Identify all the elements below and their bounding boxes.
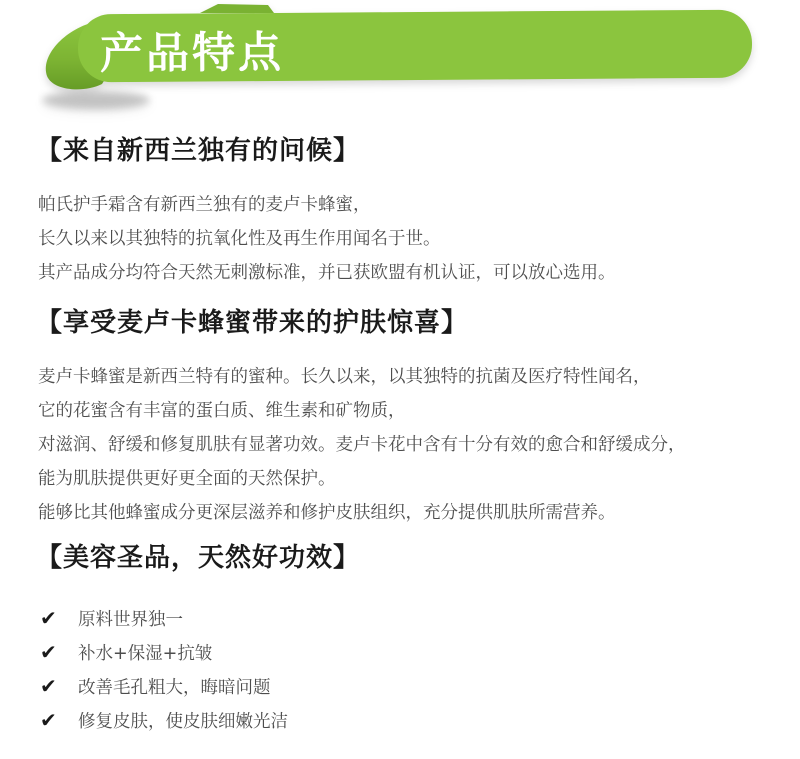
ribbon-fold-shadow (42, 91, 150, 109)
check-item-label: 原料世界独一 (78, 606, 183, 631)
check-icon: ✔ (40, 710, 64, 730)
paragraph-line: 能够比其他蜂蜜成分更深层滋养和修护皮肤组织，充分提供肌肤所需营养。 (38, 496, 686, 530)
paragraph-line: 帕氏护手霜含有新西兰独有的麦卢卡蜂蜜， (38, 188, 616, 222)
list-item: ✔ 补水+保湿+抗皱 (40, 635, 288, 669)
banner-title: 产品特点 (100, 28, 284, 79)
section-paragraph-manuka-honey: 麦卢卡蜂蜜是新西兰特有的蜜种。长久以来，以其独特的抗菌及医疗特性闻名， 它的花蜜… (38, 360, 686, 530)
list-item: ✔ 改善毛孔粗大，晦暗问题 (40, 669, 288, 703)
check-icon: ✔ (40, 642, 64, 662)
section-heading-new-zealand: 【来自新西兰独有的问候】 (36, 136, 360, 166)
section-paragraph-new-zealand: 帕氏护手霜含有新西兰独有的麦卢卡蜂蜜， 长久以来以其独特的抗氧化性及再生作用闻名… (38, 188, 616, 290)
feature-checklist: ✔ 原料世界独一 ✔ 补水+保湿+抗皱 ✔ 改善毛孔粗大，晦暗问题 ✔ 修复皮肤… (40, 601, 288, 737)
paragraph-line: 长久以来以其独特的抗氧化性及再生作用闻名于世。 (38, 222, 616, 256)
check-icon: ✔ (40, 676, 64, 696)
check-item-label: 修复皮肤，使皮肤细嫩光洁 (78, 708, 288, 733)
check-icon: ✔ (40, 608, 64, 628)
list-item: ✔ 原料世界独一 (40, 601, 288, 635)
ribbon-banner: 产品特点 (38, 0, 754, 118)
section-heading-manuka-honey: 【享受麦卢卡蜂蜜带来的护肤惊喜】 (36, 308, 468, 338)
check-item-label: 补水+保湿+抗皱 (78, 640, 212, 665)
paragraph-line: 能为肌肤提供更好更全面的天然保护。 (38, 462, 686, 496)
paragraph-line: 麦卢卡蜂蜜是新西兰特有的蜜种。长久以来，以其独特的抗菌及医疗特性闻名， (38, 360, 686, 394)
paragraph-line: 对滋润、舒缓和修复肌肤有显著功效。麦卢卡花中含有十分有效的愈合和舒缓成分， (38, 428, 686, 462)
product-features-page: 产品特点 【来自新西兰独有的问候】 帕氏护手霜含有新西兰独有的麦卢卡蜂蜜， 长久… (0, 0, 800, 759)
section-heading-beauty-effects: 【美容圣品，天然好功效】 (36, 543, 360, 573)
paragraph-line: 其产品成分均符合天然无刺激标准，并已获欧盟有机认证，可以放心选用。 (38, 256, 616, 290)
check-item-label: 改善毛孔粗大，晦暗问题 (78, 674, 271, 699)
list-item: ✔ 修复皮肤，使皮肤细嫩光洁 (40, 703, 288, 737)
paragraph-line: 它的花蜜含有丰富的蛋白质、维生素和矿物质， (38, 394, 686, 428)
ribbon-top-flap (200, 4, 274, 13)
